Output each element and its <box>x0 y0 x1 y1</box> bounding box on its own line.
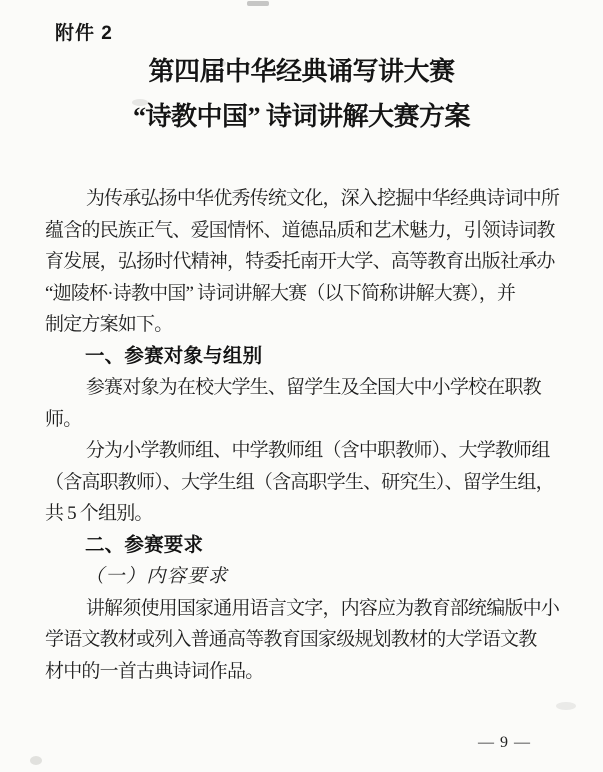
text-line: “迦陵杯·诗教中国” 诗词讲解大赛（以下简称讲解大赛），并 <box>45 278 557 310</box>
text-line: （含高职教师）、大学生组（含高职学生、研究生）、留学生组， <box>45 467 557 499</box>
text-line: 共 5 个组别。 <box>45 498 557 530</box>
scan-smudge <box>556 702 576 710</box>
text-line: （一）内容要求 <box>45 561 557 593</box>
document-body: 为传承弘扬中华优秀传统文化，深入挖掘中华经典诗词中所蕴含的民族正气、爱国情怀、道… <box>45 183 557 687</box>
text-line: 育发展，弘扬时代精神，特委托南开大学、高等教育出版社承办 <box>45 246 557 278</box>
text-line: 讲解须使用国家通用语言文字，内容应为教育部统编版中小 <box>45 593 557 625</box>
attachment-label: 附件 2 <box>55 18 113 45</box>
text-line: 参赛对象为在校大学生、留学生及全国大中小学校在职教 <box>45 372 557 404</box>
text-line: 分为小学教师组、中学教师组（含中职教师）、大学教师组 <box>45 435 557 467</box>
text-line: 学语文教材或列入普通高等教育国家级规划教材的大学语文教 <box>45 624 557 656</box>
doc-title-line-1: 第四届中华经典诵写讲大赛 <box>0 57 603 87</box>
scan-smudge <box>30 756 42 765</box>
text-line: 二、参赛要求 <box>45 530 557 562</box>
text-line: 蕴含的民族正气、爱国情怀、道德品质和艺术魅力，引领诗词教 <box>45 215 557 247</box>
scanned-document-page: 附件 2 第四届中华经典诵写讲大赛 “诗教中国” 诗词讲解大赛方案 为传承弘扬中… <box>0 0 603 772</box>
text-line: 制定方案如下。 <box>45 309 557 341</box>
text-line: 材中的一首古典诗词作品。 <box>45 656 557 688</box>
page-number: — 9 — <box>478 734 531 752</box>
scan-smudge <box>247 1 269 6</box>
doc-title-line-2: “诗教中国” 诗词讲解大赛方案 <box>0 102 603 132</box>
text-line: 一、参赛对象与组别 <box>45 341 557 373</box>
text-line: 为传承弘扬中华优秀传统文化，深入挖掘中华经典诗词中所 <box>45 183 557 215</box>
text-line: 师。 <box>45 404 557 436</box>
